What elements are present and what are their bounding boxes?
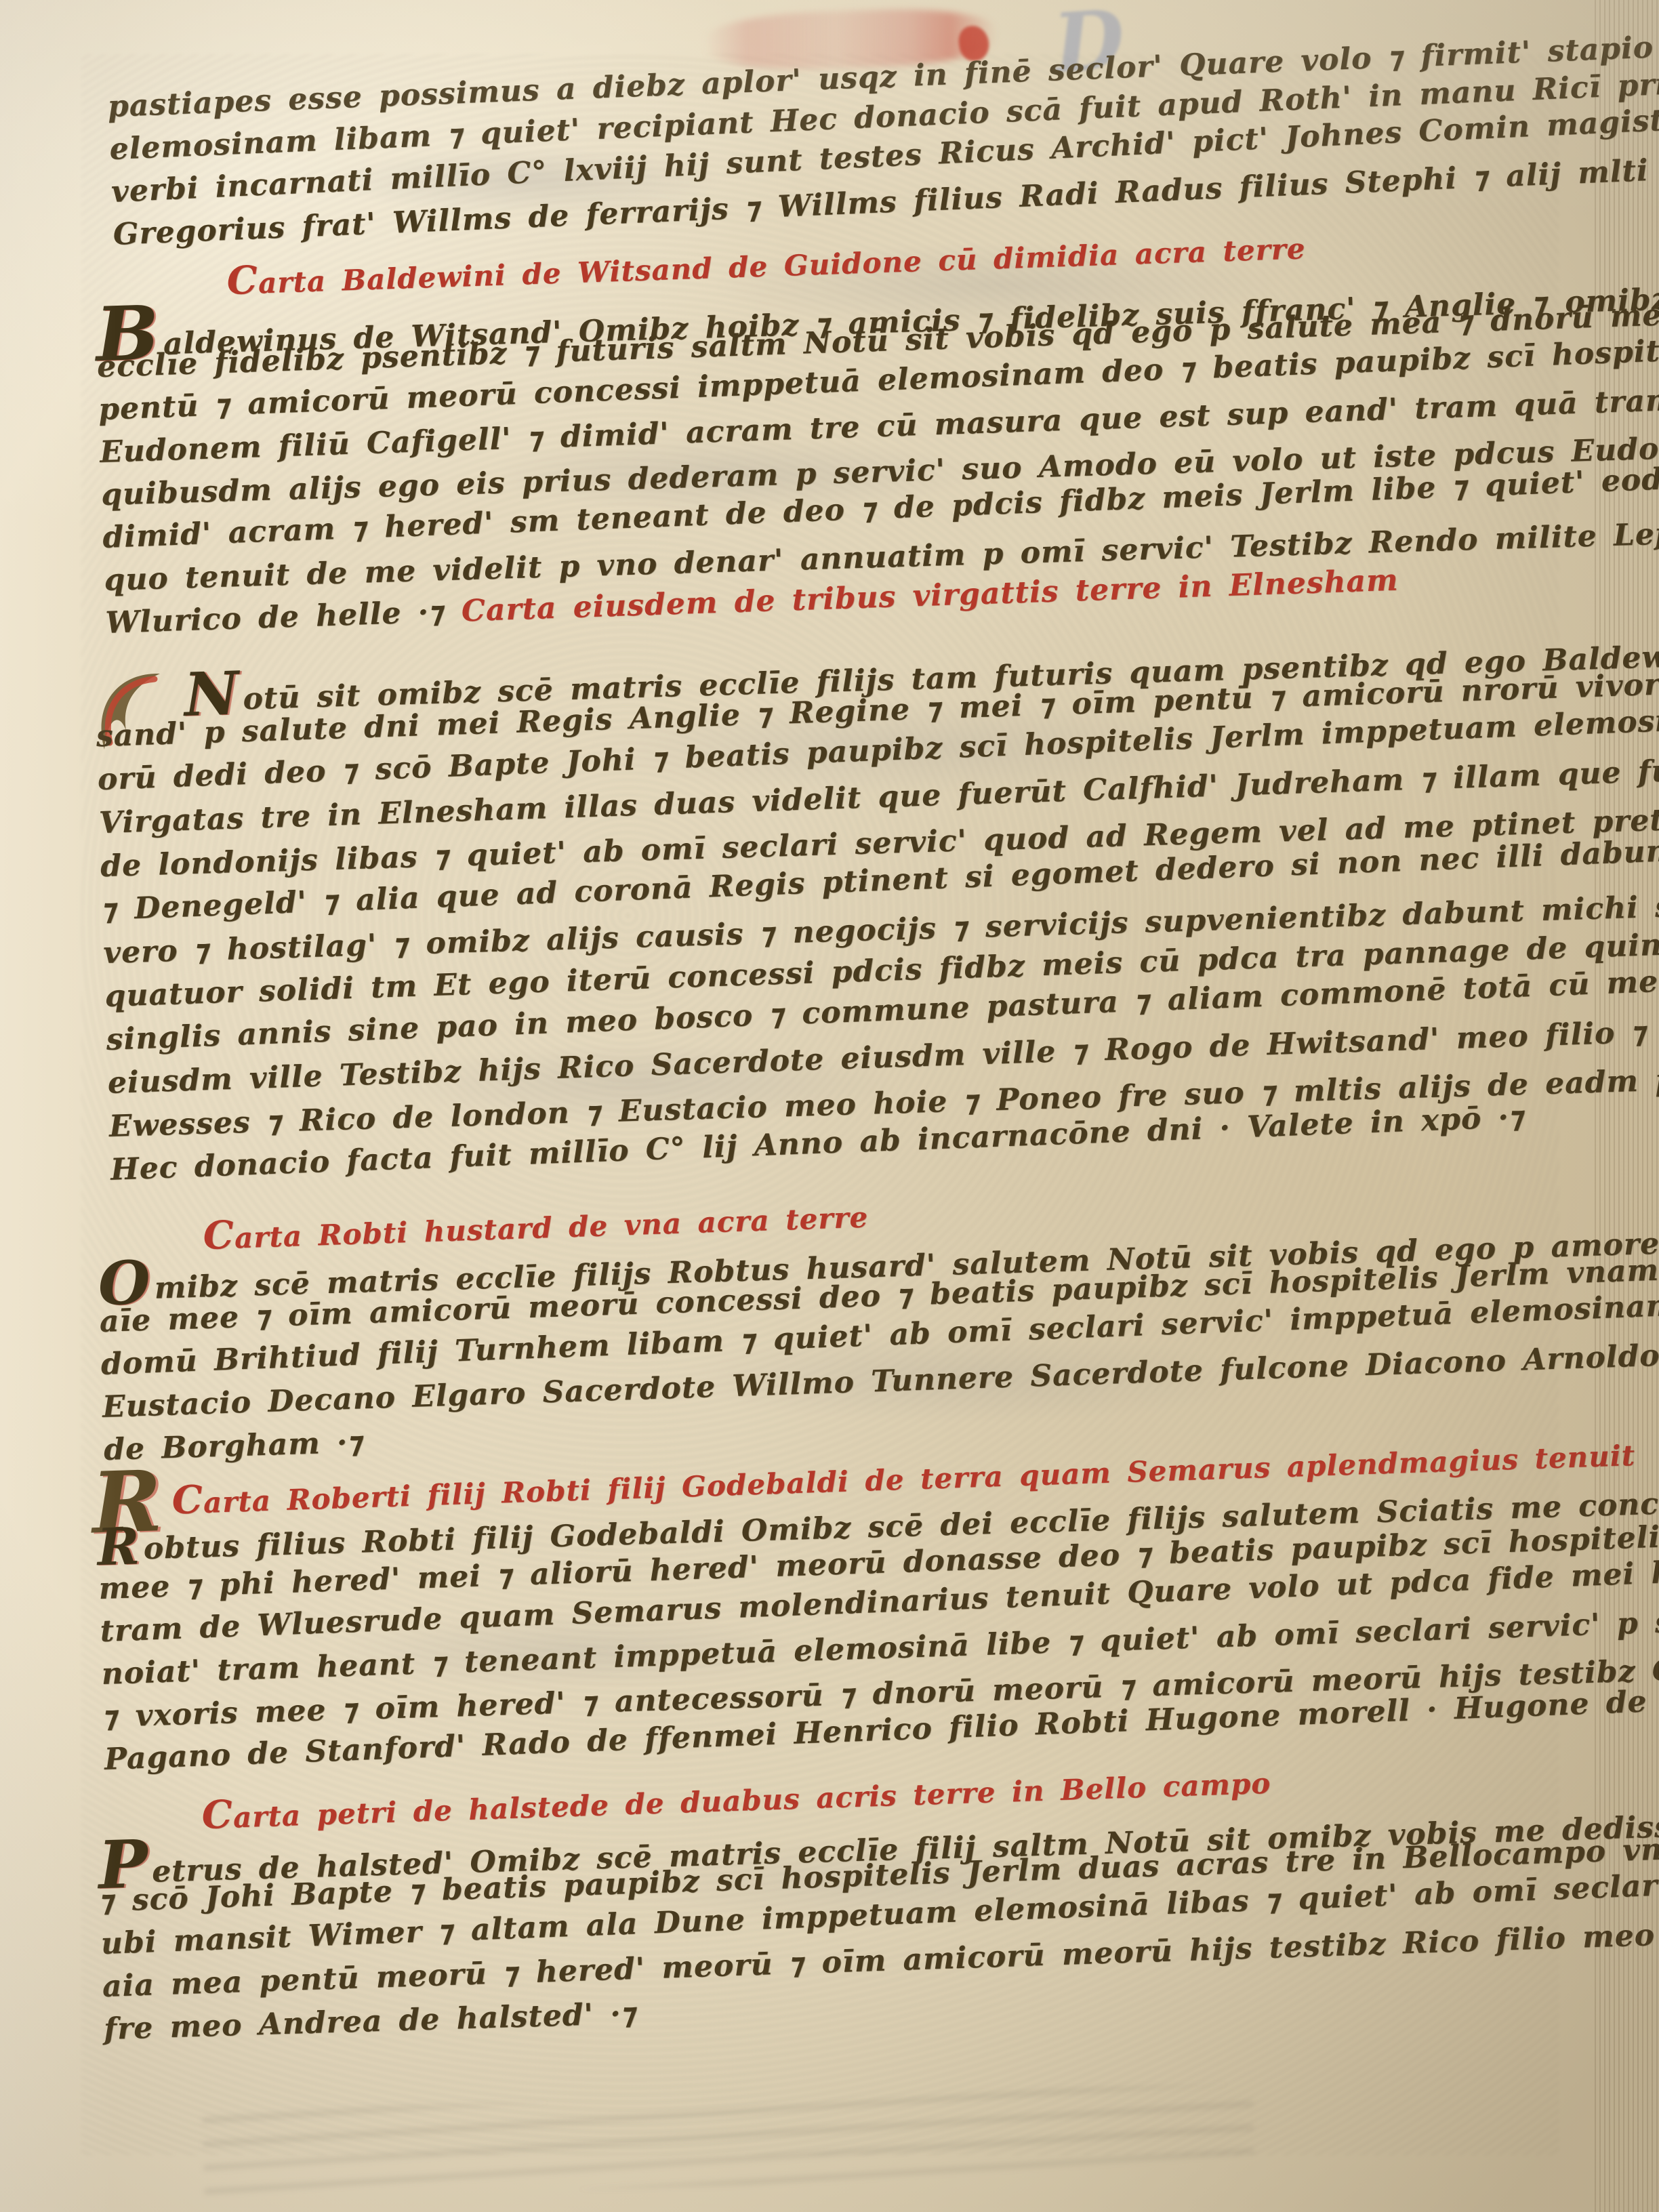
illuminated-initial: O bbox=[98, 1261, 152, 1306]
para-notum: Notū sit omibz scē matris ecclīe filijs … bbox=[94, 624, 1544, 1192]
illuminated-initial: R bbox=[97, 1528, 141, 1566]
para-opening: pastiapes esse possimus a diebz aplor' u… bbox=[107, 26, 1540, 256]
illuminated-initial: B bbox=[95, 306, 160, 361]
illuminated-initial: N bbox=[184, 672, 240, 716]
para-baldewinus: Baldewinus de Witsand' Omibz hoibz ⁊ ami… bbox=[95, 255, 1542, 644]
text-column: pastiapes esse possimus a diebz aplor' u… bbox=[102, 85, 1538, 2051]
page-edges bbox=[1595, 0, 1659, 2212]
para-robertus: Robtus filius Robti filij Godebaldi Omib… bbox=[96, 1477, 1540, 1781]
manuscript-photo: D pastiapes esse possimus a diebz aplor'… bbox=[0, 0, 1659, 2212]
illuminated-initial: P bbox=[98, 1841, 149, 1889]
charter-text: Wlurico de helle ·⁊ bbox=[105, 594, 462, 640]
show-through-text bbox=[203, 2084, 1255, 2200]
